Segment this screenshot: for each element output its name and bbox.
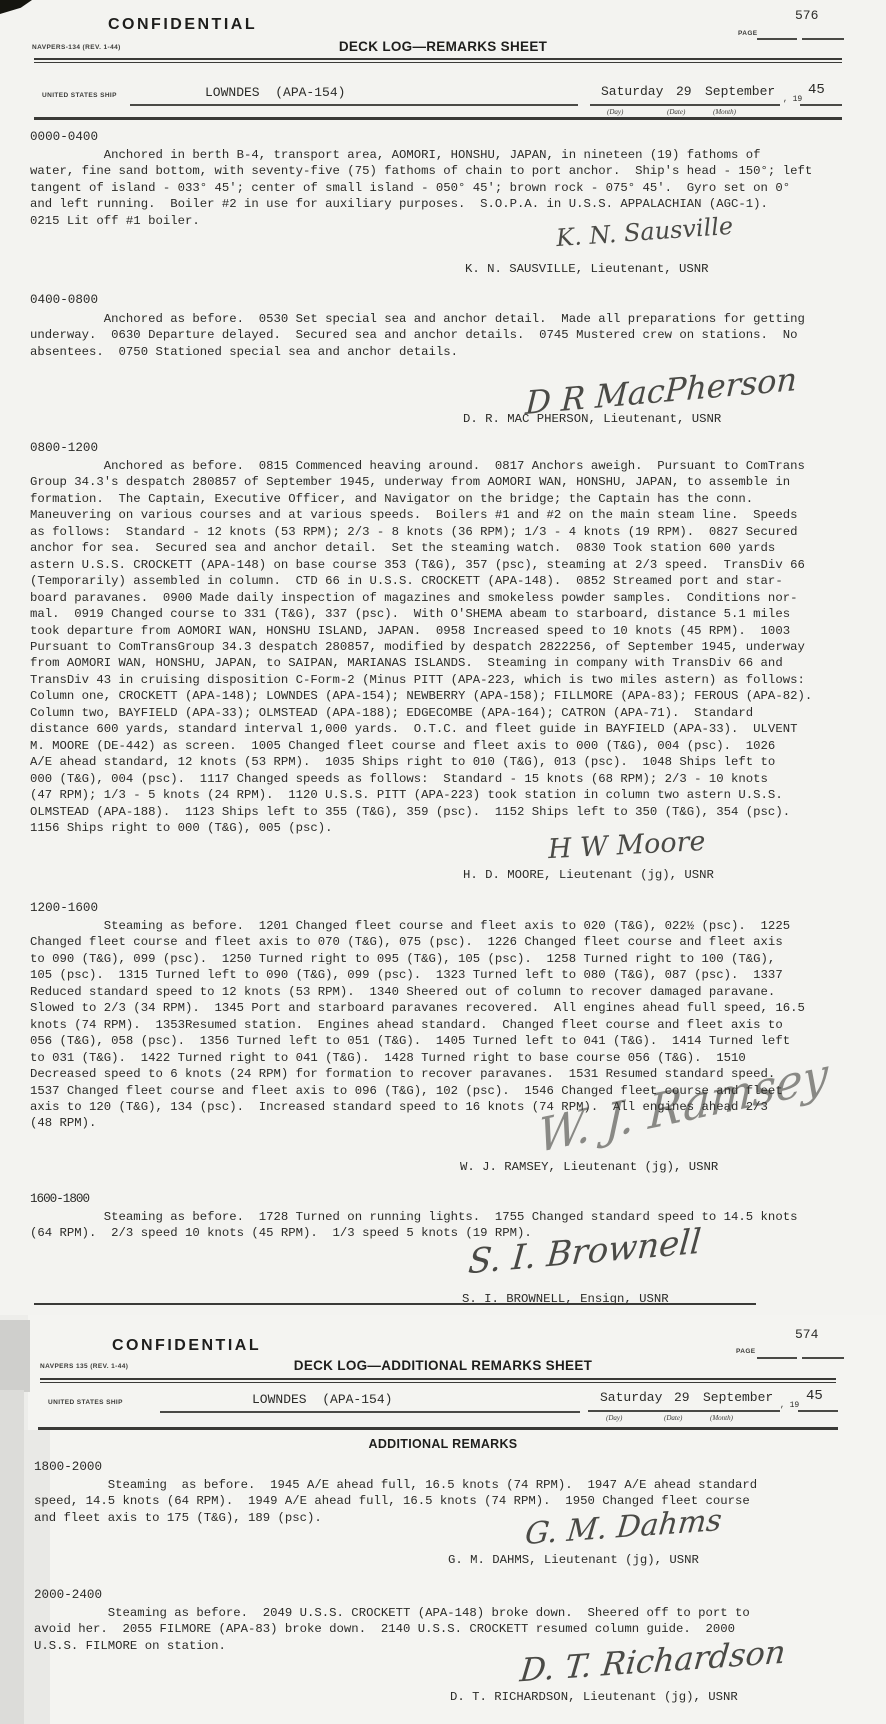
month-label: (Month) bbox=[713, 108, 736, 116]
signature-typed: H. D. MOORE, Lieutenant (jg), USNR bbox=[463, 868, 714, 882]
ship-label: UNITED STATES SHIP bbox=[42, 92, 117, 99]
page-label: PAGE bbox=[736, 1348, 756, 1355]
classification-stamp: CONFIDENTIAL bbox=[112, 1337, 261, 1355]
month-label: (Month) bbox=[710, 1414, 733, 1422]
deck-log-page: CONFIDENTIAL 576 PAGE NAVPERS-134 (REV. … bbox=[0, 0, 886, 1724]
date-date: 29 bbox=[676, 84, 692, 99]
watch-time-range: 0800-1200 bbox=[30, 441, 98, 455]
date-underline bbox=[588, 1410, 780, 1412]
signature-typed: D. T. RICHARDSON, Lieutenant (jg), USNR bbox=[450, 1690, 738, 1704]
form-bottom-rule bbox=[34, 1303, 756, 1305]
section-rule bbox=[34, 117, 842, 120]
signature-typed: D. R. MAC PHERSON, Lieutenant, USNR bbox=[463, 412, 721, 426]
watch-time-range: 1800-2000 bbox=[34, 1460, 102, 1474]
date-day: Saturday bbox=[601, 84, 663, 99]
scan-edge-shadow bbox=[0, 1320, 30, 1392]
signature-typed: W. J. RAMSEY, Lieutenant (jg), USNR bbox=[460, 1160, 718, 1174]
date-year-prefix: , 19 bbox=[780, 1401, 799, 1410]
date-label: (Date) bbox=[664, 1414, 682, 1422]
year-underline bbox=[800, 104, 842, 106]
date-month: September bbox=[703, 1390, 773, 1405]
classification-stamp: CONFIDENTIAL bbox=[108, 16, 257, 34]
date-year-prefix: , 19 bbox=[783, 95, 802, 104]
ship-name-underline bbox=[130, 104, 578, 106]
watch-time-range: 1200-1600 bbox=[30, 901, 98, 915]
signature-typed: G. M. DAHMS, Lieutenant (jg), USNR bbox=[448, 1553, 699, 1567]
header-rule bbox=[34, 62, 842, 63]
scan-edge-shadow bbox=[24, 1430, 50, 1724]
watch-remarks: Anchored as before. 0815 Commenced heavi… bbox=[30, 458, 812, 836]
date-day: Saturday bbox=[600, 1390, 662, 1405]
ship-label: UNITED STATES SHIP bbox=[48, 1399, 123, 1406]
day-label: (Day) bbox=[607, 108, 623, 116]
year-underline bbox=[798, 1410, 838, 1412]
ship-name: LOWNDES (APA-154) bbox=[252, 1392, 392, 1407]
date-year: 45 bbox=[806, 1388, 823, 1404]
watch-time-range: 2000-2400 bbox=[34, 1588, 102, 1602]
date-year: 45 bbox=[808, 82, 825, 98]
day-label: (Day) bbox=[606, 1414, 622, 1422]
watch-time-range: 0400-0800 bbox=[30, 293, 98, 307]
form-title: DECK LOG—REMARKS SHEET bbox=[0, 39, 886, 54]
header-rule bbox=[40, 1382, 836, 1383]
form-title: DECK LOG—ADDITIONAL REMARKS SHEET bbox=[0, 1358, 886, 1373]
date-label: (Date) bbox=[667, 108, 685, 116]
page-number: 576 bbox=[795, 8, 818, 23]
date-underline bbox=[590, 104, 780, 106]
header-rule bbox=[40, 1378, 836, 1380]
date-date: 29 bbox=[674, 1390, 690, 1405]
watch-time-range: 0000-0400 bbox=[30, 130, 98, 144]
date-month: September bbox=[705, 84, 775, 99]
section-rule bbox=[38, 1427, 838, 1430]
page-number: 574 bbox=[795, 1327, 818, 1342]
watch-time-range: 1600-1800 bbox=[30, 1192, 89, 1206]
ship-name-underline bbox=[160, 1411, 580, 1413]
page-label: PAGE bbox=[738, 30, 758, 37]
watch-remarks: Anchored as before. 0530 Set special sea… bbox=[30, 311, 805, 360]
additional-remarks-heading: ADDITIONAL REMARKS bbox=[0, 1437, 886, 1451]
signature-typed: K. N. SAUSVILLE, Lieutenant, USNR bbox=[465, 262, 709, 276]
header-rule bbox=[34, 58, 842, 60]
ship-name: LOWNDES (APA-154) bbox=[205, 85, 345, 100]
